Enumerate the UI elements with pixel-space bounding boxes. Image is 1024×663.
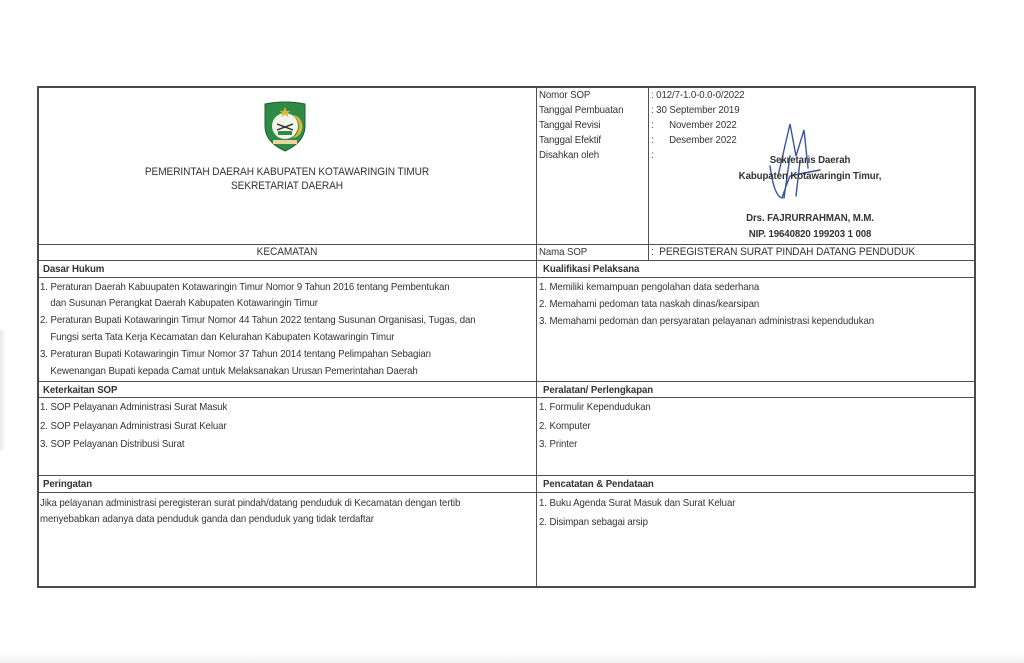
divider (38, 260, 975, 261)
approver-region: Kabupaten Kotawaringin Timur, (709, 170, 911, 183)
meta-value-disahkan: : (651, 149, 654, 162)
list-item: Kewenangan Bupati kepada Camat untuk Mel… (40, 365, 418, 378)
meta-label-disahkan: Disahkan oleh (539, 149, 599, 162)
meta-label-efektif: Tanggal Efektif (539, 134, 601, 147)
list-item: 1. Buku Agenda Surat Masuk dan Surat Kel… (539, 497, 735, 510)
section-title-pencatatan: Pencatatan & Pendataan (543, 478, 654, 491)
divider (38, 244, 975, 245)
list-item: dan Susunan Perangkat Daerah Kabupaten K… (40, 297, 318, 310)
scan-edge-shadow (0, 330, 6, 450)
meta-label-nomor: Nomor SOP (539, 89, 590, 102)
list-item: 3. SOP Pelayanan Distribusi Surat (40, 438, 184, 451)
divider (38, 397, 975, 398)
meta-value-efektif: : Desember 2022 (651, 134, 737, 147)
org-unit: SEKRETARIAT DAERAH (58, 180, 516, 193)
list-item: 3. Peraturan Bupati Kotawaringin Timur N… (40, 348, 431, 361)
divider (38, 277, 975, 278)
approver-name: Drs. FAJRURRAHMAN, M.M. (709, 212, 911, 225)
scan-bottom-edge (0, 653, 1024, 663)
meta-value-pembuatan: : 30 September 2019 (651, 104, 739, 117)
list-item: 3. Printer (539, 438, 577, 451)
unit-label: KECAMATAN (58, 246, 516, 259)
divider (38, 381, 975, 382)
meta-value-revisi: : November 2022 (651, 119, 737, 132)
divider (38, 492, 975, 493)
section-title-dasar-hukum: Dasar Hukum (43, 263, 104, 276)
list-item: Fungsi serta Tata Kerja Kecamatan dan Ke… (40, 331, 394, 344)
section-title-peralatan: Peralatan/ Perlengkapan (543, 384, 653, 397)
approver-title: Sekretaris Daerah (709, 154, 911, 167)
sop-name-label: Nama SOP (539, 246, 587, 259)
list-item: 1. Peraturan Daerah Kabuupaten Kotawarin… (40, 281, 450, 294)
section-title-peringatan: Peringatan (43, 478, 92, 491)
divider (648, 87, 649, 260)
warning-line: Jika pelayanan administrasi peregisteran… (40, 497, 460, 510)
list-item: 1. SOP Pelayanan Administrasi Surat Masu… (40, 401, 227, 414)
org-name: PEMERINTAH DAERAH KABUPATEN KOTAWARINGIN… (58, 166, 516, 179)
section-title-keterkaitan: Keterkaitan SOP (43, 384, 117, 397)
list-item: 2. Disimpan sebagai arsip (539, 516, 648, 529)
meta-value-nomor: : 012/7-1.0-0.0-0/2022 (651, 89, 745, 102)
list-item: 2. Komputer (539, 420, 591, 433)
warning-line: menyebabkan adanya data penduduk ganda d… (40, 513, 374, 526)
divider (536, 87, 537, 587)
section-title-kualifikasi: Kualifikasi Pelaksana (543, 263, 639, 276)
meta-label-pembuatan: Tanggal Pembuatan (539, 104, 623, 117)
approver-nip: NIP. 19640820 199203 1 008 (709, 228, 911, 241)
list-item: 2. Memahami pedoman tata naskah dinas/ke… (539, 298, 759, 311)
list-item: 2. Peraturan Bupati Kotawaringin Timur N… (40, 314, 476, 327)
list-item: 1. Memiliki kemampuan pengolahan data se… (539, 281, 759, 294)
list-item: 3. Memahami pedoman dan persyaratan pela… (539, 315, 874, 328)
sop-name-value: : PEREGISTERAN SURAT PINDAH DATANG PENDU… (651, 246, 915, 259)
meta-label-revisi: Tanggal Revisi (539, 119, 601, 132)
divider (38, 475, 975, 476)
kotawaringin-timur-emblem-icon (262, 100, 308, 152)
list-item: 1. Formulir Kependudukan (539, 401, 651, 414)
list-item: 2. SOP Pelayanan Administrasi Surat Kelu… (40, 420, 227, 433)
